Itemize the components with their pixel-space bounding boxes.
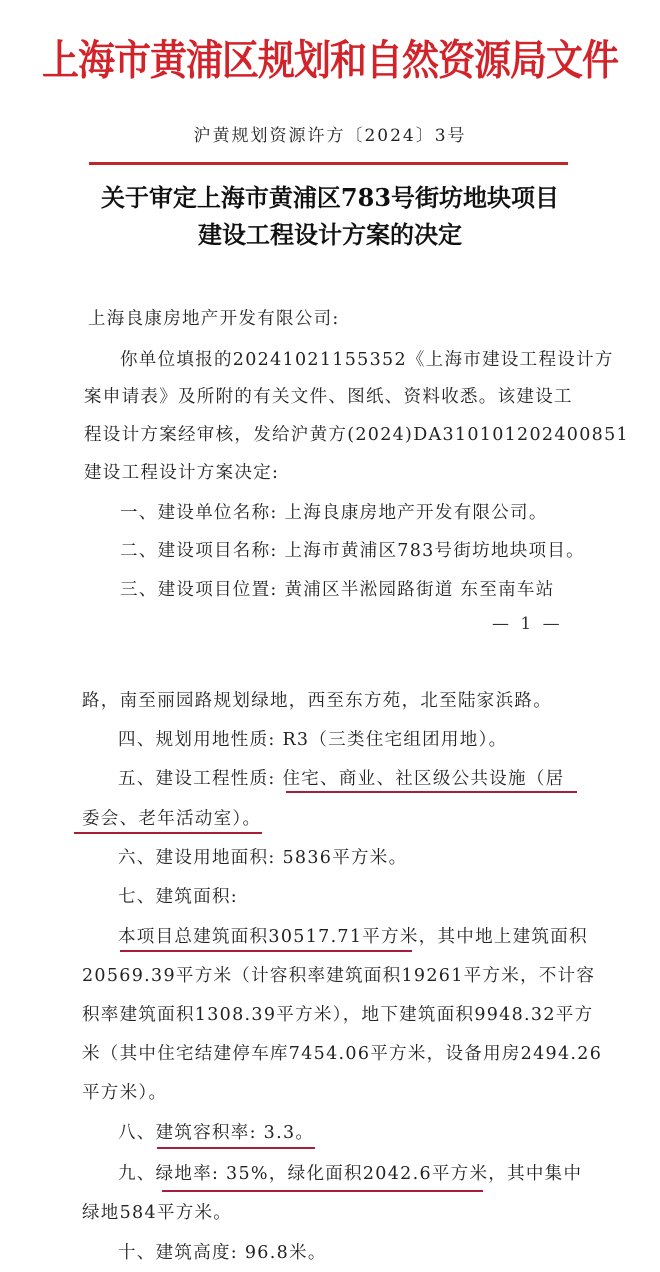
item-plot-ratio: 八、建筑容积率: 3.3。 [118,1120,314,1146]
document-title-line1: 关于审定上海市黄浦区783号街坊地块项目 [0,181,660,215]
annotation-underline [74,832,262,834]
intro-line: 建设工程设计方案决定: [84,460,279,486]
item-floor-area-detail: 本项目总建筑面积30517.71平方米，其中地上建筑面积 [118,924,588,950]
item-green-ratio-cont: 绿地584平方米。 [82,1200,232,1226]
item-project-location: 三、建设项目位置: 黄浦区半淞园路街道 东至南车站 [120,577,555,603]
item-construction-nature-cont: 委会、老年活动室）。 [82,806,261,832]
intro-line: 案申请表》及所附的有关文件、图纸、资料收悉。该建设工 [84,384,573,410]
item-floor-area-detail: 20569.39平方米（计容积率建筑面积19261平方米，不计容 [82,963,595,989]
item-land-area: 六、建设用地面积: 5836平方米。 [118,845,407,871]
item-construction-nature: 五、建设工程性质: 住宅、商业、社区级公共设施（居 [118,766,564,792]
item-project-location-cont: 路，南至丽园路规划绿地，西至东方苑，北至陆家浜路。 [82,688,552,714]
issuer-masthead: 上海市黄浦区规划和自然资源局文件 [0,33,660,89]
annotation-underline [286,791,577,793]
intro-line: 程设计方案经审核，发给沪黄方(2024)DA310101202400851 [84,422,629,448]
item-floor-area-detail: 积率建筑面积1308.39平方米），地下建筑面积9948.32平方 [82,1002,593,1028]
item-building-height: 十、建筑高度: 96.8米。 [118,1240,327,1266]
intro-line: 你单位填报的20241021155352《上海市建设工程设计方 [120,347,614,373]
item-floor-area-detail: 米（其中住宅结建停车库7454.06平方米，设备用房2494.26 [82,1041,602,1067]
item-project-name: 二、建设项目名称: 上海市黄浦区783号街坊地块项目。 [120,538,585,564]
red-header-rule [89,162,568,165]
annotation-underline [120,950,412,952]
item-construction-unit: 一、建设单位名称: 上海良康房地产开发有限公司。 [120,500,548,526]
item-land-use: 四、规划用地性质: R3（三类住宅组团用地）。 [118,727,507,753]
addressee: 上海良康房地产开发有限公司: [88,306,340,332]
item-floor-area-heading: 七、建筑面积: [118,884,238,910]
item-green-ratio: 九、绿地率: 35%，绿化面积2042.6平方米，其中集中 [118,1161,582,1187]
annotation-underline [162,1190,483,1192]
item-floor-area-detail: 平方米）。 [82,1080,167,1106]
document-title-line2: 建设工程设计方案的决定 [0,218,660,252]
annotation-underline [157,1147,315,1149]
page-number: — 1 — [492,614,563,634]
document-number: 沪黄规划资源许方〔2024〕3号 [0,124,660,148]
